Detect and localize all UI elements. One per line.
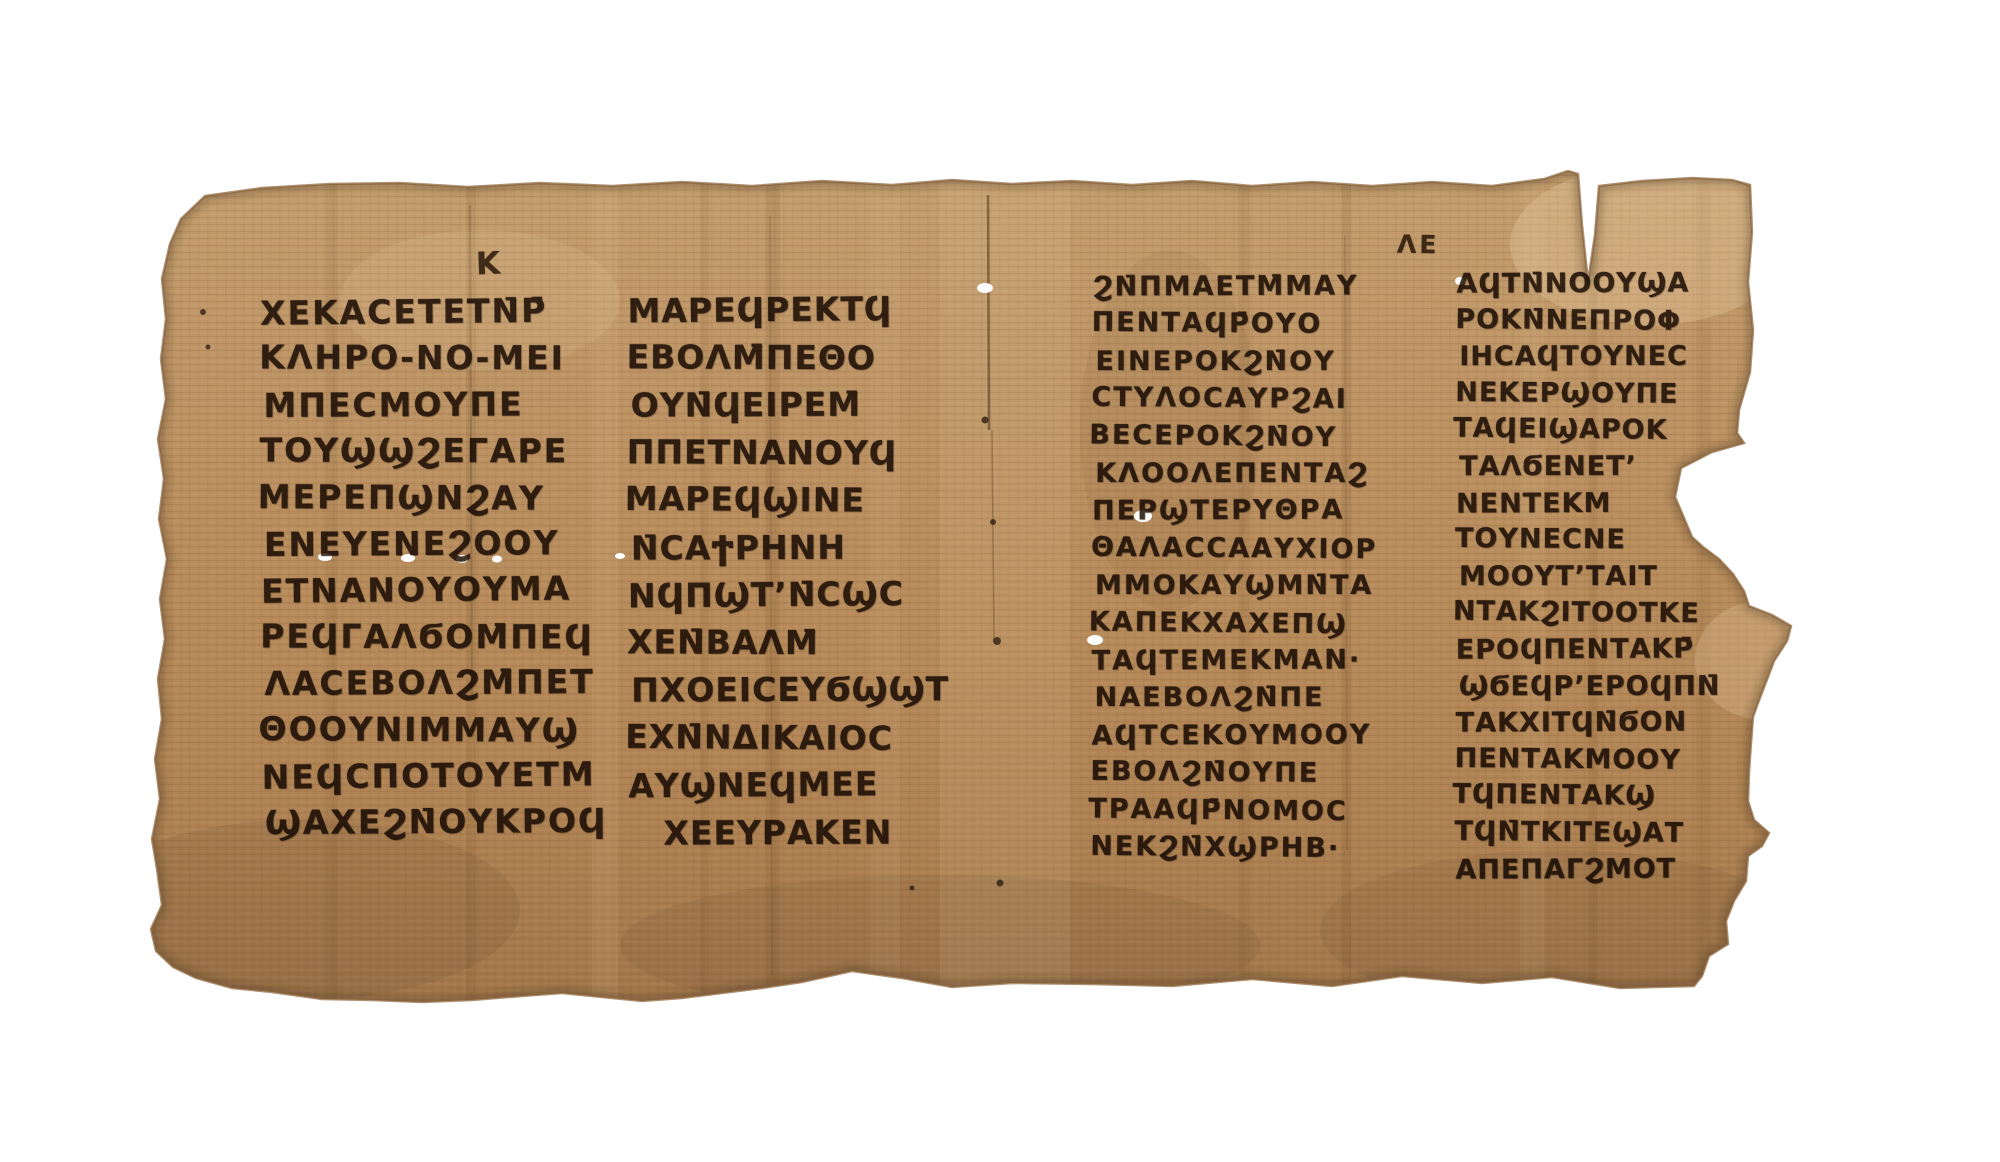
gutter-crack — [988, 195, 989, 430]
photo-canvas: Κ ΧΕΚΑϹΕΤΕΤΝ̄Ρ̄ΚΛΗΡΟ-ΝΟ-ΜΕΙΜ̄ΠΕϹΜΟΥΠΕΤΟΥ… — [0, 0, 2000, 1162]
papyrus-sheet — [80, 160, 1835, 1020]
papyrus-sheet-graphic — [0, 0, 2000, 1162]
